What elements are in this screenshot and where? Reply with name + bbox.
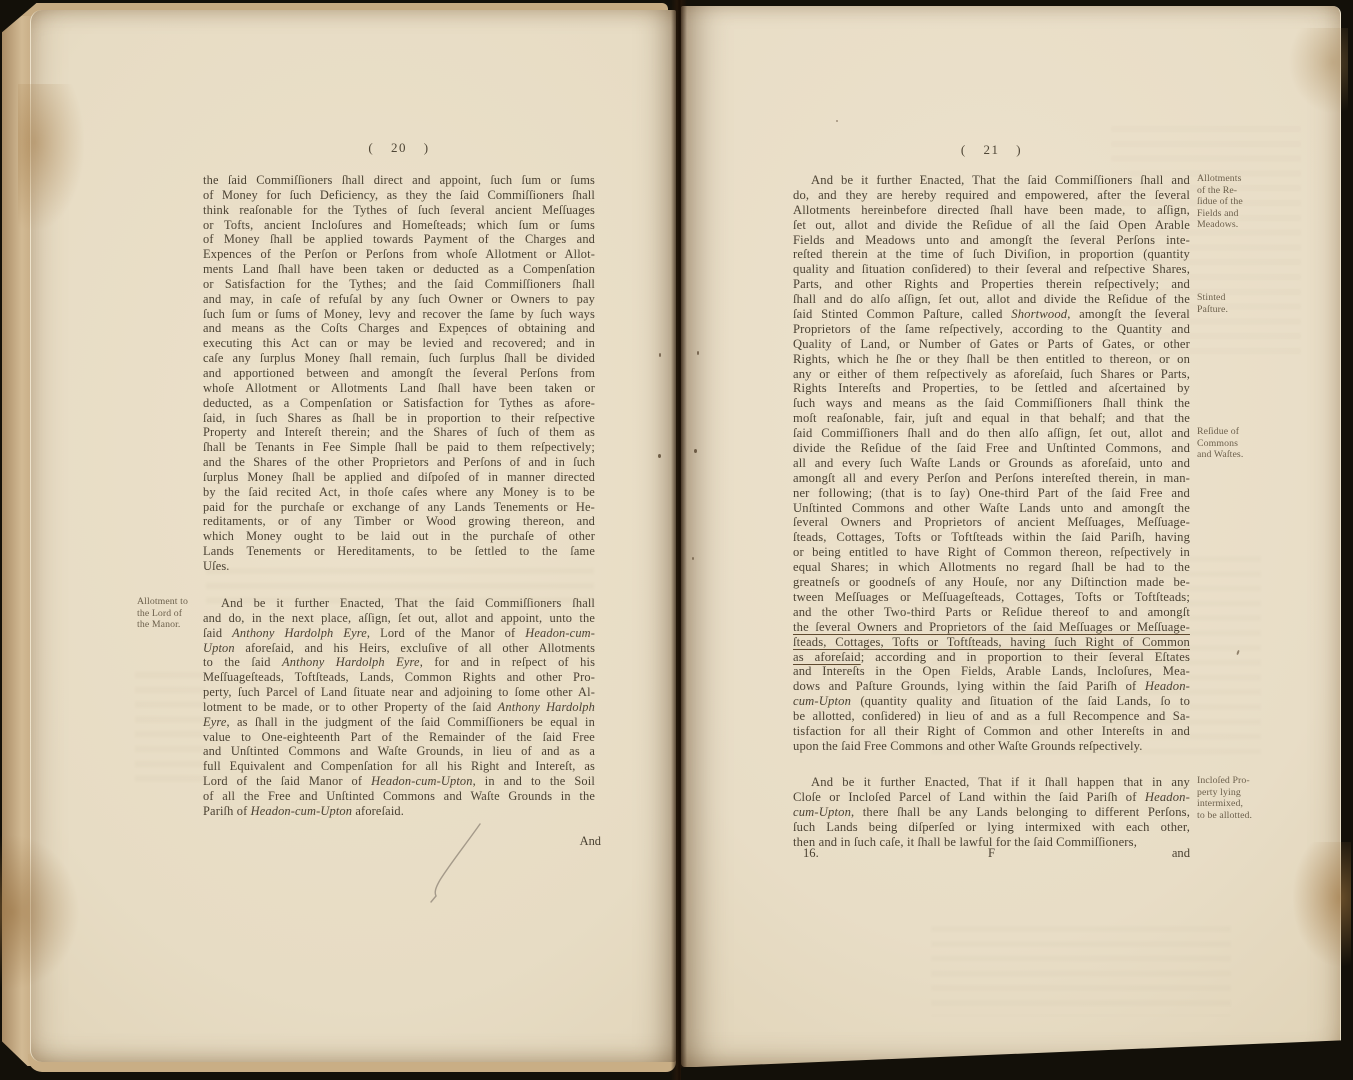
paragraph: And be it further Enacted, That if it ſh… — [793, 775, 1190, 849]
text-line: and Intereſts in the Open Fields, Arable… — [793, 664, 1190, 679]
left-page: ( 20 ) the ſaid Commiſſioners ſhall dire… — [30, 10, 676, 1062]
text-line: and do, in the next place, aſſign, ſet o… — [203, 611, 595, 626]
text-line: deducted, as a Compenſation or Satisfact… — [203, 396, 595, 411]
ink-speck — [659, 353, 661, 357]
ink-speck — [694, 449, 697, 453]
ink-speck — [697, 351, 699, 355]
text-line: Allotments hereinbefore directed ſhall h… — [793, 203, 1190, 218]
text-line: the ſeveral Owners and Proprietors of th… — [793, 620, 1190, 635]
page-footer: 16. F and — [793, 846, 1190, 862]
text-line: lotment to be made, or to other Property… — [203, 700, 595, 715]
text-line: ſhall be Tenants in Fee Simple ſhall be … — [203, 440, 595, 455]
text-line: quality and ſituation conſidered) to the… — [793, 262, 1190, 277]
text-line: ſuch Lands being diſperſed or lying inte… — [793, 820, 1190, 835]
text-line: and may, in caſe of refuſal by any ſuch … — [203, 292, 595, 307]
text-line: ſurplus Money ſhall be applied and diſpo… — [203, 470, 595, 485]
text-line: Rights Intereſts and Properties, to be ſ… — [793, 381, 1190, 396]
text-line: any or either of them reſpectively as af… — [793, 367, 1190, 382]
text-line: ſuch ways and means as the ſaid Commiſſi… — [793, 396, 1190, 411]
text-line: or Tofts, ancient Incloſures and Homeſte… — [203, 218, 595, 233]
text-line: ſaid Stinted Common Paſture, called Shor… — [793, 307, 1190, 322]
text-line: Meſſuageſteads, Toftſteads, Lands, Commo… — [203, 670, 595, 685]
text-line: cum-Upton (quantity quality and ſituatio… — [793, 694, 1190, 709]
text-line: ſet out, allot and divide the Reſidue of… — [793, 218, 1190, 233]
text-line: And be it further Enacted, That the ſaid… — [203, 596, 595, 611]
text-line: think reaſonable for the Tythes of ſuch … — [203, 203, 595, 218]
margin-note: Allotmentsof the Re-ſidue of theFields a… — [1197, 173, 1275, 231]
text-line: and the Shares of the other Proprietors … — [203, 455, 595, 470]
text-line: ſteads, Cottages, Tofts or Toftſteads wi… — [793, 530, 1190, 545]
ink-speck — [466, 333, 468, 335]
text-line: or Satisfaction for the Tythes; and the … — [203, 277, 595, 292]
text-line: And be it further Enacted, That if it ſh… — [793, 775, 1190, 790]
text-line: Expences of the Perſon or Perſons from w… — [203, 247, 595, 262]
margin-note: StintedPaſture. — [1197, 292, 1275, 315]
text-line: moſt reaſonable, fair, juſt and equal in… — [793, 411, 1190, 426]
text-line: of all the Free and Unſtinted Commons an… — [203, 789, 595, 804]
text-line: Lord of the ſaid Manor of Headon-cum-Upt… — [203, 774, 595, 789]
paragraph: And be it further Enacted, That the ſaid… — [793, 173, 1190, 754]
ink-speck — [836, 120, 838, 122]
text-line: reditaments, or of any Timber or Wood gr… — [203, 514, 595, 529]
show-through — [135, 672, 205, 782]
text-line: greatneſs or goodneſs of any Houſe, nor … — [793, 575, 1190, 590]
text-line: Fields and Meadows unto and amongſt the … — [793, 233, 1190, 248]
catchword: And — [203, 834, 601, 849]
paragraph: the ſaid Commiſſioners ſhall direct and … — [203, 173, 595, 574]
text-line: as aforeſaid; according and in proportio… — [793, 650, 1190, 665]
text-line: Upton aforeſaid, and his Heirs, excluſiv… — [203, 641, 595, 656]
text-line: and Unſtinted Commons and Waſte Grounds,… — [203, 744, 595, 759]
text-line: of Money for ſuch Deficiency, as they th… — [203, 188, 595, 203]
text-line: equal Shares; in which Allotments no reg… — [793, 560, 1190, 575]
text-line: dows and Paſture Grounds, lying within t… — [793, 679, 1190, 694]
text-line: Property and Intereſt therein; and the S… — [203, 425, 595, 440]
text-line: upon the ſaid Free Commons and other Waſ… — [793, 739, 1190, 754]
text-line: whoſe Allotment or Allotments Land ſhall… — [203, 381, 595, 396]
text-line: And be it further Enacted, That the ſaid… — [793, 173, 1190, 188]
text-line: Pariſh of Headon-cum-Upton aforeſaid. — [203, 804, 595, 819]
ink-speck — [658, 454, 661, 458]
text-line: Lands Tenements or Hereditaments, to be … — [203, 544, 595, 559]
paragraph: And be it further Enacted, That the ſaid… — [203, 596, 595, 819]
text-line: Quality of Land, or Number of Gates or P… — [793, 337, 1190, 352]
text-line: ſhall and do alſo aſſign, ſet out, allot… — [793, 292, 1190, 307]
text-line: perty, ſuch Parcel of Land ſituate near … — [203, 685, 595, 700]
text-line: tisfaction for all their Right of Common… — [793, 724, 1190, 739]
text-line: Rights, which he ſhe or they ſhall be th… — [793, 352, 1190, 367]
text-line: ſeveral Owners and Proprietors of ancien… — [793, 515, 1190, 530]
text-line: ſteads, Cottages, Tofts or Toftſteads, h… — [793, 635, 1190, 650]
text-line: and the other Two-third Parts or Reſidue… — [793, 605, 1190, 620]
book-scan: ( 20 ) the ſaid Commiſſioners ſhall dire… — [0, 0, 1353, 1080]
text-line: amongſt all and every Perſon and Perſons… — [793, 471, 1190, 486]
text-line: the ſaid Commiſſioners ſhall direct and … — [203, 173, 595, 188]
text-line: Parts, and other Rights and Properties t… — [793, 277, 1190, 292]
text-line: ſaid Commiſſioners ſhall and do then alſ… — [793, 426, 1190, 441]
text-line: ſuch ſum or ſums of Money, levy and reco… — [203, 307, 595, 322]
right-page: ( 21 ) And be it further Enacted, That t… — [681, 6, 1341, 1067]
text-line: by the ſaid recited Act, in thoſe caſes … — [203, 485, 595, 500]
text-line: which Money ought to be laid out in the … — [203, 529, 595, 544]
signature-mark: F — [988, 846, 995, 861]
margin-note: Allotment tothe Lord ofthe Manor. — [137, 596, 199, 631]
margin-note: Incloſed Pro-perty lyingintermixed,to be… — [1197, 775, 1275, 821]
text-line: Uſes. — [203, 559, 595, 574]
text-line: Unſtinted Commons and other Waſte Lands … — [793, 501, 1190, 516]
ink-speck — [692, 557, 694, 560]
text-line: Eyre, as ſhall in the judgment of the ſa… — [203, 715, 595, 730]
signature-number: 16. — [803, 846, 819, 861]
text-line: Proprietors of the ſame reſpectively, ac… — [793, 322, 1190, 337]
text-line: ner following; (that is to ſay) One-thir… — [793, 486, 1190, 501]
text-line: of Money ſhall be applied towards Paymen… — [203, 232, 595, 247]
margin-note: Reſidue ofCommonsand Waſtes. — [1197, 426, 1275, 461]
page-number: ( 21 ) — [793, 142, 1190, 158]
pencil-curve-mark — [426, 818, 492, 908]
text-line: and means as the Coſts Charges and Expen… — [203, 321, 595, 336]
text-line: tween Meſſuages or Meſſuageſteads, Cotta… — [793, 590, 1190, 605]
text-line: cum-Upton, there ſhall be any Lands belo… — [793, 805, 1190, 820]
text-line: be allotted, conſidered) in lieu of and … — [793, 709, 1190, 724]
text-line: ſaid Anthony Hardolph Eyre, Lord of the … — [203, 626, 595, 641]
text-line: executing this Act can or may be levied … — [203, 336, 595, 351]
text-line: value to One-eighteenth Part of the Rema… — [203, 730, 595, 745]
text-line: ments Land ſhall have been taken or dedu… — [203, 262, 595, 277]
text-line: all and every ſuch Waſte Lands or Ground… — [793, 456, 1190, 471]
text-line: or being entitled to have Right of Commo… — [793, 545, 1190, 560]
catchword: and — [1172, 846, 1190, 861]
text-line: paid for the purchaſe or exchange of any… — [203, 500, 595, 515]
text-line: ſaid, in ſuch Shares as ſhall be in prop… — [203, 411, 595, 426]
page-number: ( 20 ) — [203, 140, 595, 156]
text-line: reſted therein at the time of ſuch Diviſ… — [793, 247, 1190, 262]
show-through — [931, 926, 1231, 1016]
text-line: divide the Reſidue of the ſaid Free and … — [793, 441, 1190, 456]
text-line: Cloſe or Incloſed Parcel of Land within … — [793, 790, 1190, 805]
text-line: and apportioned between and amongſt the … — [203, 366, 595, 381]
text-line: caſe any ſurplus Money ſhall remain, ſuc… — [203, 351, 595, 366]
text-line: do, and they are hereby required and emp… — [793, 188, 1190, 203]
text-line: full Equivalent and Compenſation for all… — [203, 759, 595, 774]
text-line: to the ſaid Anthony Hardolph Eyre, for a… — [203, 655, 595, 670]
